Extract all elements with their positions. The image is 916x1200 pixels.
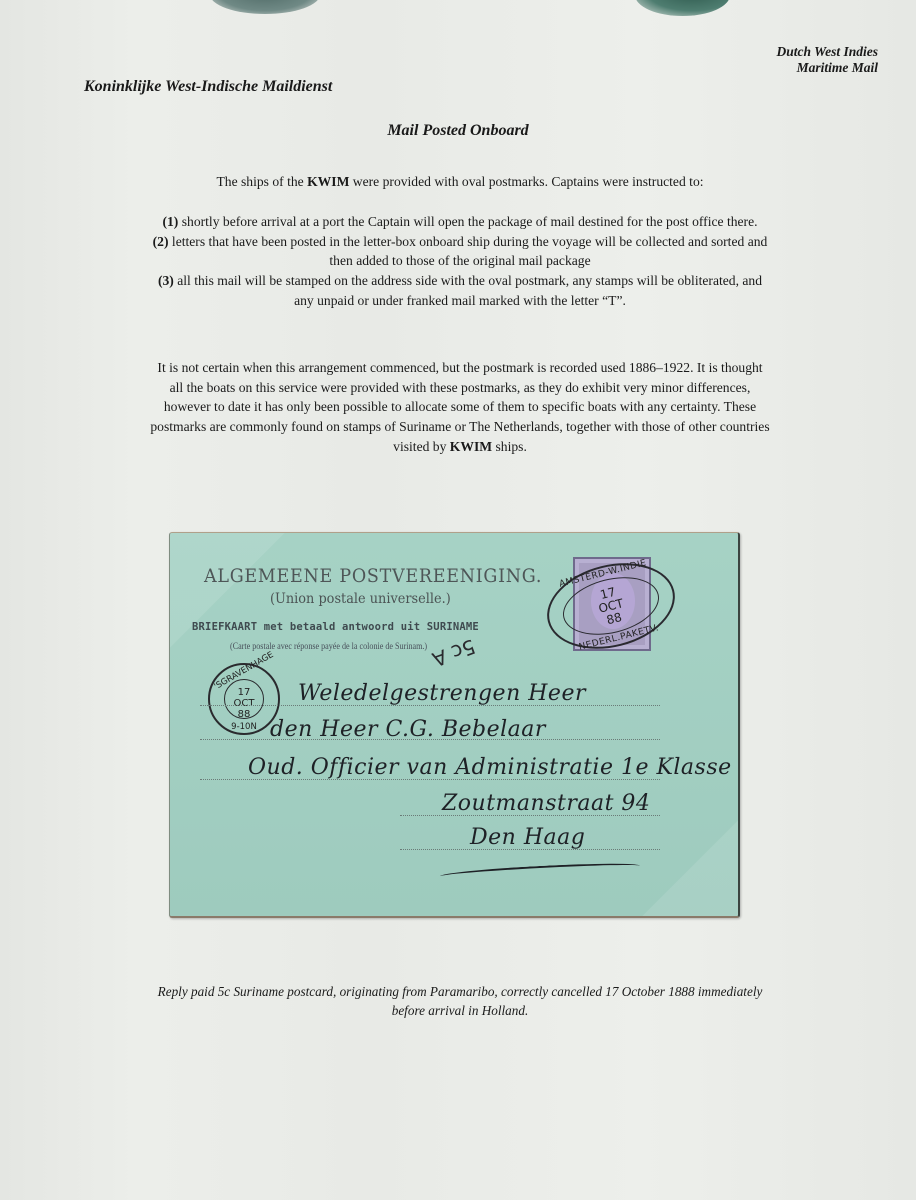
postcard-subtitle: (Union postale universelle.) xyxy=(270,591,451,607)
address-line-4: Zoutmanstraat 94 xyxy=(442,791,650,816)
history-text-end: ships. xyxy=(492,439,527,454)
round-postmark-top: 'SGRAVENHAGE xyxy=(212,650,276,693)
watercolor-blob-right xyxy=(635,0,730,16)
album-title-line-1: Dutch West Indies xyxy=(776,44,878,60)
postcard-caption: Reply paid 5c Suriname postcard, origina… xyxy=(150,982,770,1020)
history-kwim: KWIM xyxy=(450,439,492,454)
address-line-5: Den Haag xyxy=(470,825,585,850)
postcard-image: ALGEMEENE POSTVEREENIGING. (Union postal… xyxy=(169,532,740,918)
intro-text: The ships of the KWIM were provided with… xyxy=(150,172,770,192)
instruction-item: (1) shortly before arrival at a port the… xyxy=(150,212,770,232)
instruction-text: shortly before arrival at a port the Cap… xyxy=(178,214,757,229)
oval-postmark-bottom: NEDERL.PAKETV. xyxy=(557,618,682,658)
address-line-2: den Heer C.G. Bebelaar xyxy=(270,717,546,742)
address-line-1: Weledelgestrengen Heer xyxy=(298,681,586,706)
signature-flourish xyxy=(440,861,640,881)
instruction-list: (1) shortly before arrival at a port the… xyxy=(150,212,770,311)
instruction-text: letters that have been posted in the let… xyxy=(169,234,768,269)
album-title-line-2: Maritime Mail xyxy=(776,60,878,76)
postcard-title: ALGEMEENE POSTVEREENIGING. xyxy=(204,565,542,587)
address-line-3: Oud. Officier van Administratie 1e Klass… xyxy=(248,755,732,780)
section-title: Koninklijke West-Indische Maildienst xyxy=(84,78,332,96)
intro-text-end: were provided with oval postmarks. Capta… xyxy=(349,174,703,189)
history-paragraph: It is not certain when this arrangement … xyxy=(150,358,770,457)
album-title: Dutch West Indies Maritime Mail xyxy=(776,44,878,76)
instruction-item: (3) all this mail will be stamped on the… xyxy=(150,271,770,310)
postcard-brief-line: BRIEFKAART met betaald antwoord uit SURI… xyxy=(192,621,479,633)
instruction-text: all this mail will be stamped on the add… xyxy=(174,273,762,308)
page-heading: Mail Posted Onboard xyxy=(0,122,916,140)
postcard-carte-line: (Carte postale avec réponse payée de la … xyxy=(230,641,427,651)
instruction-number: (1) xyxy=(162,214,178,229)
oval-postmark: AMSTERD-W.INDIE 17 OCT 88 NEDERL.PAKETV. xyxy=(538,550,684,661)
watercolor-blob-left xyxy=(210,0,320,14)
intro-kwim: KWIM xyxy=(307,174,349,189)
instruction-item: (2) letters that have been posted in the… xyxy=(150,232,770,271)
postage-due-marking: 5c A xyxy=(429,634,478,672)
instruction-number: (3) xyxy=(158,273,174,288)
intro-text-start: The ships of the xyxy=(216,174,307,189)
instruction-number: (2) xyxy=(153,234,169,249)
round-postmark-bottom: 9-10N xyxy=(210,722,278,732)
round-postmark-date: 17 OCT 88 xyxy=(210,687,278,720)
